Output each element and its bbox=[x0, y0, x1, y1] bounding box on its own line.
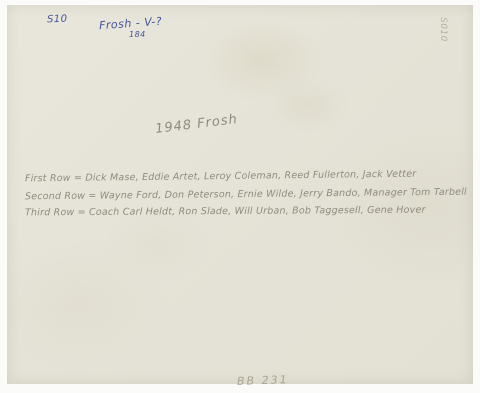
ink-sub-number: 184 bbox=[129, 30, 146, 39]
edge-vertical-number: S010 bbox=[438, 17, 448, 42]
roster-row-3: Third Row = Coach Carl Heldt, Ron Slade,… bbox=[25, 205, 426, 219]
bottom-archive-number: BB 231 bbox=[237, 373, 289, 388]
roster-row-2: Second Row = Wayne Ford, Don Peterson, E… bbox=[25, 187, 467, 203]
photo-back-paper: S10 Frosh - V-? 184 S010 1948 Frosh Firs… bbox=[7, 5, 473, 384]
year-title: 1948 Frosh bbox=[154, 112, 238, 137]
ink-catalog-number: S10 bbox=[47, 14, 68, 26]
roster-row-1: First Row = Dick Mase, Eddie Artet, Lero… bbox=[25, 169, 416, 185]
scanned-photo-back: S10 Frosh - V-? 184 S010 1948 Frosh Firs… bbox=[0, 0, 480, 393]
